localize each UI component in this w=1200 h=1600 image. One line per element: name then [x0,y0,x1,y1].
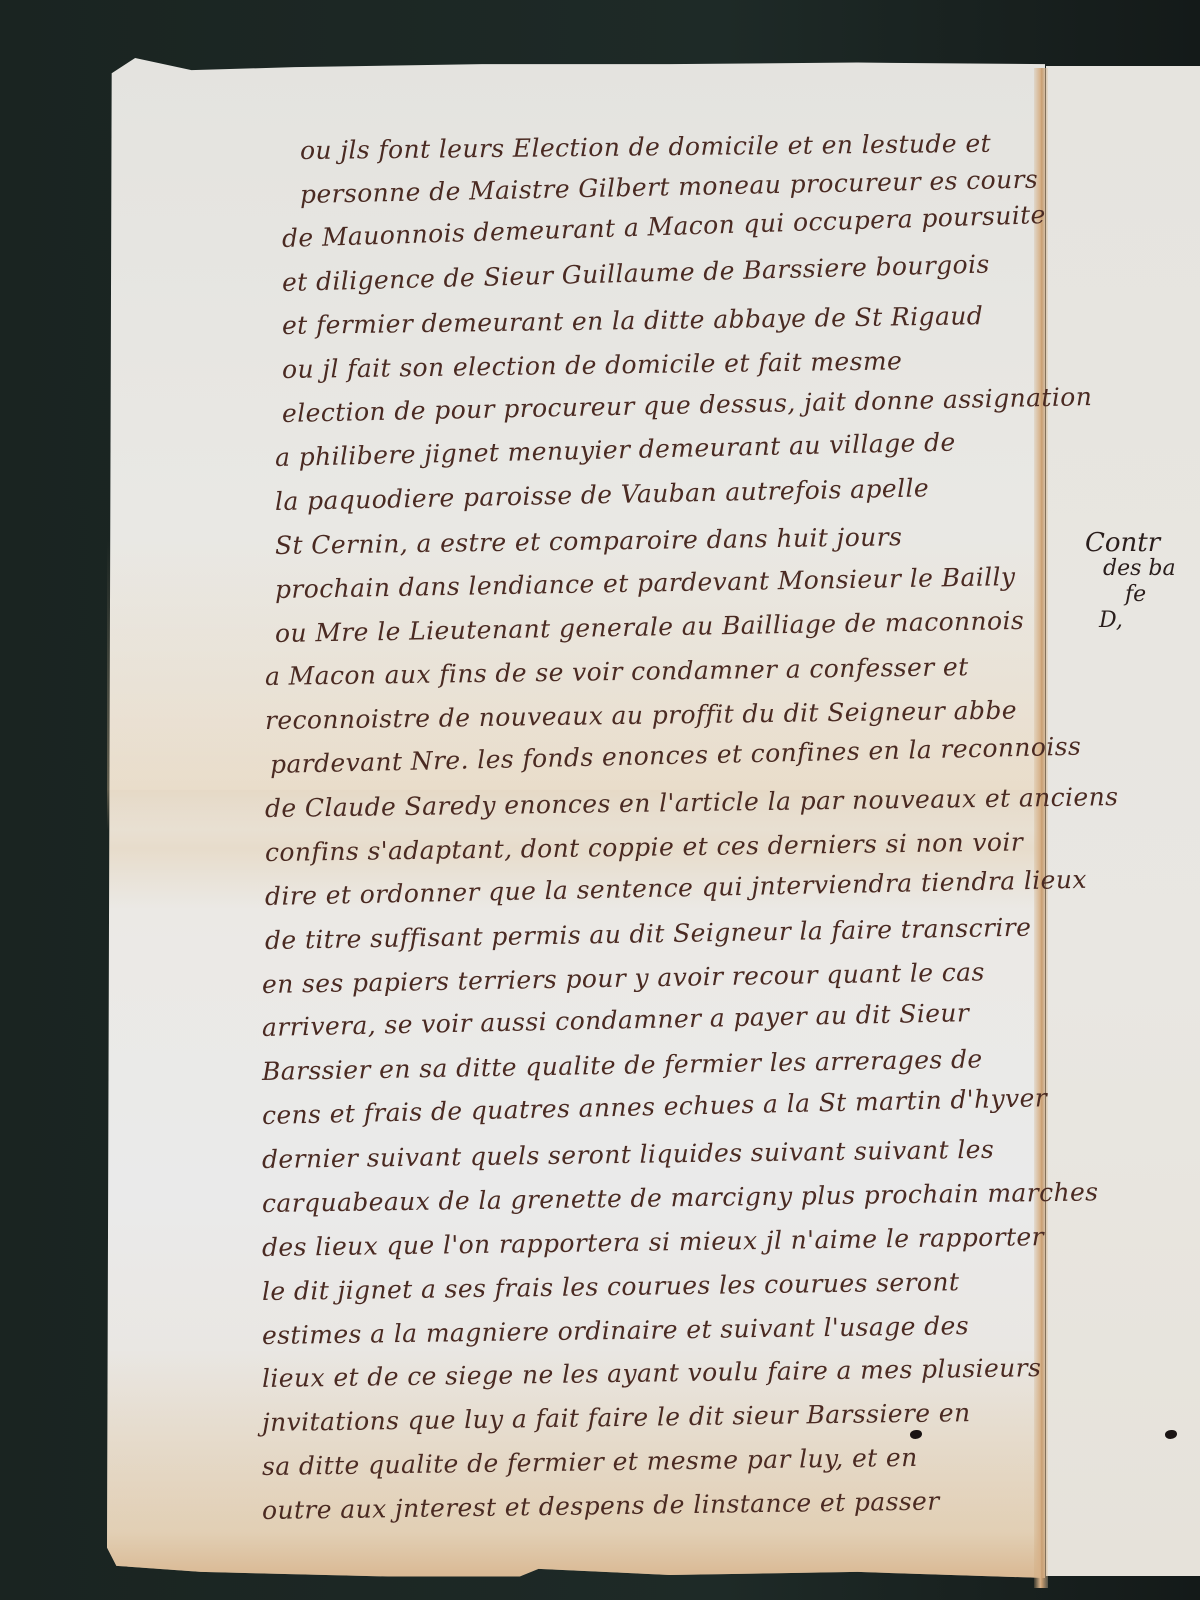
manuscript-line: prochain dans lendiance et pardevant Mon… [275,562,1016,604]
manuscript-line: et diligence de Sieur Guillaume de Barss… [282,249,990,297]
manuscript-line: personne de Maistre Gilbert moneau procu… [300,164,1039,208]
margin-note-line: des ba [1103,556,1176,582]
manuscript-line: ou jl fait son election de domicile et f… [282,347,903,385]
manuscript-line: reconnoistre de nouveaux au proffit du d… [265,696,1017,735]
manuscript-line: arrivera, se voir aussi condamner a paye… [262,999,970,1043]
manuscript-line: de Claude Saredy enonces en l'article la… [265,782,1119,823]
manuscript-line: ou jls font leurs Election de domicile e… [300,129,991,165]
manuscript-line: dire et ordonner que la sentence qui jnt… [265,865,1087,911]
margin-note-line: fe [1125,582,1176,608]
manuscript-line: le dit jignet a ses frais les courues le… [262,1267,960,1306]
manuscript-line: lieux et de ce siege ne les ayant voulu … [262,1353,1042,1393]
manuscript-line: election de pour procureur que dessus, j… [282,382,1093,428]
right-page-margin-note: Contr des ba fe D, [1085,530,1176,634]
manuscript-line: des lieux que l'on rapportera si mieux j… [262,1222,1044,1262]
manuscript-line: Barssier en sa ditte qualite de fermier … [262,1045,983,1087]
manuscript-text: ou jls font leurs Election de domicile e… [0,0,1200,1600]
manuscript-line: dernier suivant quels seront liquides su… [262,1135,995,1174]
manuscript-line: outre aux jnterest et despens de linstan… [262,1487,940,1525]
manuscript-line: ou Mre le Lieutenant generale au Baillia… [275,606,1025,648]
manuscript-line: estimes a la magniere ordinaire et suiva… [262,1311,969,1350]
manuscript-line: St Cernin, a estre et comparoire dans hu… [275,522,903,560]
manuscript-line: a philibere jignet menuyier demeurant au… [275,428,956,472]
manuscript-line: de Mauonnois demeurant a Macon qui occup… [282,200,1047,253]
manuscript-line: pardevant Nre. les fonds enonces et conf… [270,732,1082,779]
manuscript-line: sa ditte qualite de fermier et mesme par… [262,1443,918,1481]
manuscript-line: carquabeaux de la grenette de marcigny p… [262,1177,1099,1218]
manuscript-line: de titre suffisant permis au dit Seigneu… [265,912,1032,954]
manuscript-line: jnvitations que luy a fait faire le dit … [262,1398,971,1437]
margin-note-line: D, [1099,608,1176,634]
manuscript-line: la paquodiere paroisse de Vauban autrefo… [275,473,930,516]
manuscript-line: en ses papiers terriers pour y avoir rec… [262,957,985,999]
manuscript-line: et fermier demeurant en la ditte abbaye … [282,302,984,341]
manuscript-line: a Macon aux fins de se voir condamner a … [265,653,969,692]
manuscript-line: cens et frais de quatres annes echues a … [262,1083,1048,1130]
manuscript-line: confins s'adaptant, dont coppie et ces d… [265,827,1024,867]
margin-note-line: Contr [1085,530,1176,556]
